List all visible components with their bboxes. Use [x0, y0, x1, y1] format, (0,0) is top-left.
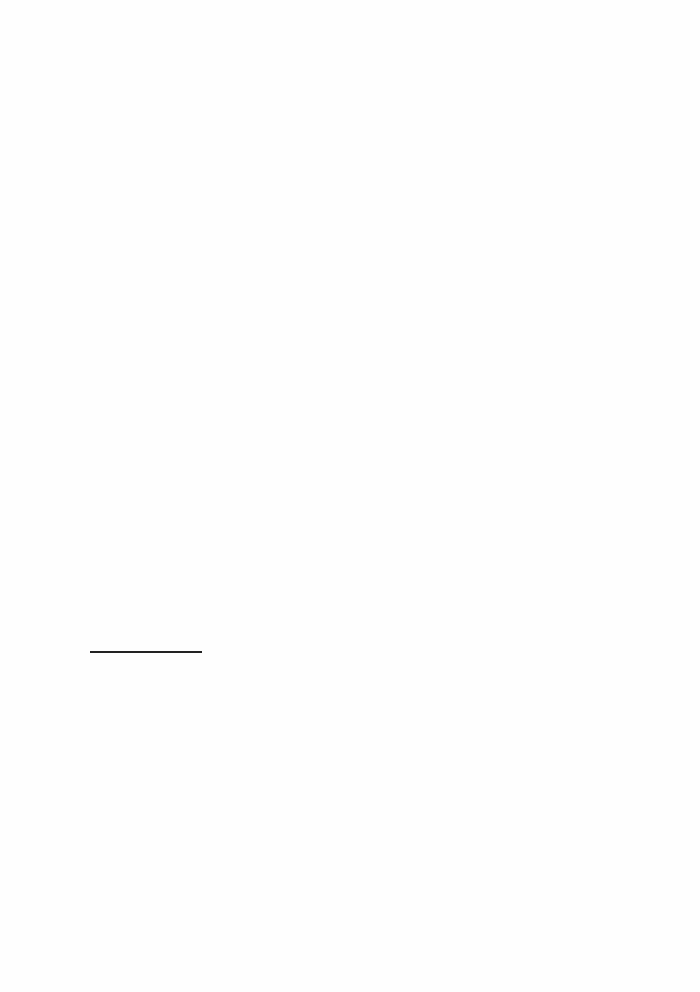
- footnote-separator: [90, 651, 202, 653]
- document-page: [0, 0, 700, 992]
